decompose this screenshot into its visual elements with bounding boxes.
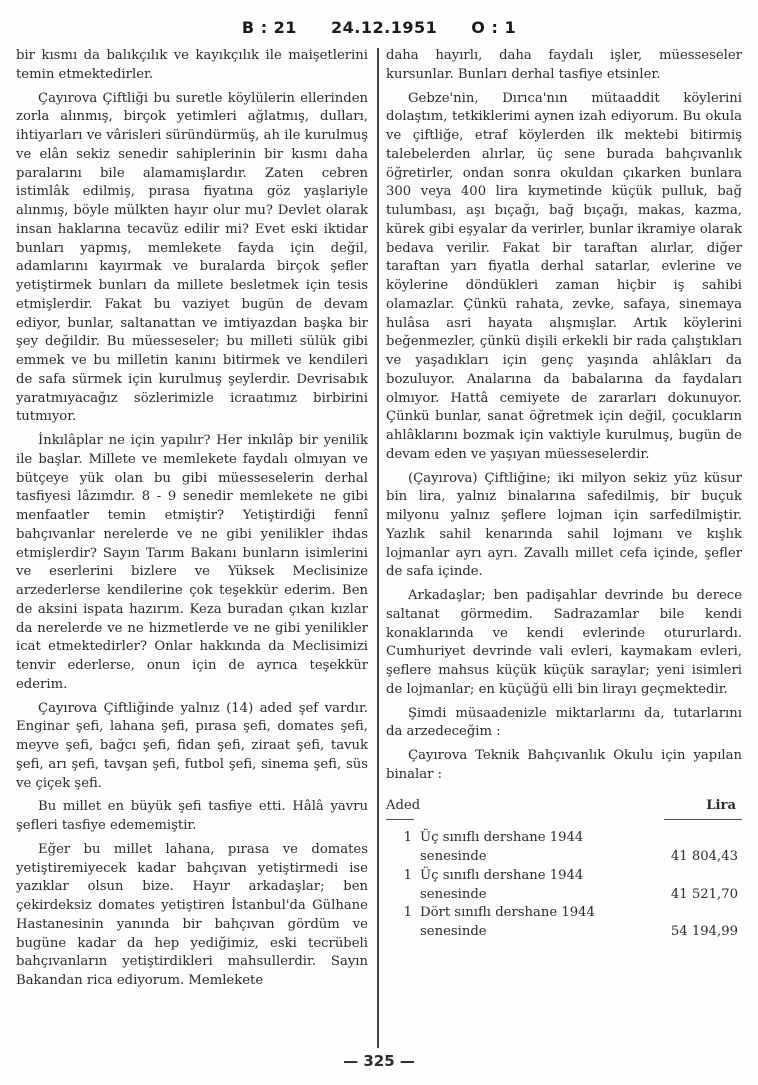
row-amount: 41 804,43 bbox=[630, 848, 742, 867]
row-description: Üç sınıflı dershane 1944 senesinde bbox=[420, 829, 630, 867]
paragraph: İnkılâplar ne için yapılır? Her inkılâp … bbox=[16, 432, 368, 695]
column-divider bbox=[377, 48, 379, 1048]
page-header: B : 21 24.12.1951 O : 1 bbox=[0, 18, 758, 37]
paragraph: Bu millet en büyük şefi tasfiye etti. Hâ… bbox=[16, 798, 368, 836]
paragraph: Eğer bu millet lahana, pırasa ve domates… bbox=[16, 841, 368, 991]
row-description: Üç sınıflı dershane 1944 senesinde bbox=[420, 867, 630, 905]
paragraph: bir kısmı da balıkçılık ve kayıkçılık il… bbox=[16, 47, 368, 85]
table-row: 1 Dört sınıflı dershane 1944 senesinde 5… bbox=[386, 904, 742, 942]
paragraph: daha hayırlı, daha faydalı işler, müesse… bbox=[386, 47, 742, 85]
table-header: Aded Lira bbox=[386, 797, 742, 816]
table-rule bbox=[386, 819, 742, 829]
page-number: — 325 — bbox=[0, 1052, 758, 1070]
paragraph: Çayırova Çiftliği bu suretle köylülerin … bbox=[16, 90, 368, 428]
row-amount: 41 521,70 bbox=[630, 886, 742, 905]
paragraph: Gebze'nin, Dırıca'nın mütaaddit köylerin… bbox=[386, 90, 742, 465]
paragraph: Arkadaşlar; ben padişahlar devrinde bu d… bbox=[386, 587, 742, 700]
right-column: daha hayırlı, daha faydalı işler, müesse… bbox=[386, 47, 742, 942]
session-label: B : 21 bbox=[242, 18, 297, 37]
table-row: 1 Üç sınıflı dershane 1944 senesinde 41 … bbox=[386, 867, 742, 905]
left-column: bir kısmı da balıkçılık ve kayıkçılık il… bbox=[16, 47, 368, 991]
row-count: 1 bbox=[386, 829, 420, 848]
count-header: Aded bbox=[386, 797, 420, 816]
amount-header: Lira bbox=[706, 797, 736, 816]
row-description: Dört sınıflı dershane 1944 senesinde bbox=[420, 904, 630, 942]
paragraph: Çayırova Çiftliğinde yalnız (14) aded şe… bbox=[16, 700, 368, 794]
sitting-label: O : 1 bbox=[471, 18, 516, 37]
row-count: 1 bbox=[386, 904, 420, 923]
table-row: 1 Üç sınıflı dershane 1944 senesinde 41 … bbox=[386, 829, 742, 867]
paragraph: (Çayırova) Çiftliğine; iki milyon sekiz … bbox=[386, 470, 742, 583]
row-count: 1 bbox=[386, 867, 420, 886]
row-amount: 54 194,99 bbox=[630, 923, 742, 942]
paragraph: Şimdi müsaadenizle miktarlarını da, tuta… bbox=[386, 705, 742, 743]
date-label: 24.12.1951 bbox=[331, 18, 437, 37]
paragraph: Çayırova Teknik Bahçıvanlık Okulu için y… bbox=[386, 747, 742, 785]
